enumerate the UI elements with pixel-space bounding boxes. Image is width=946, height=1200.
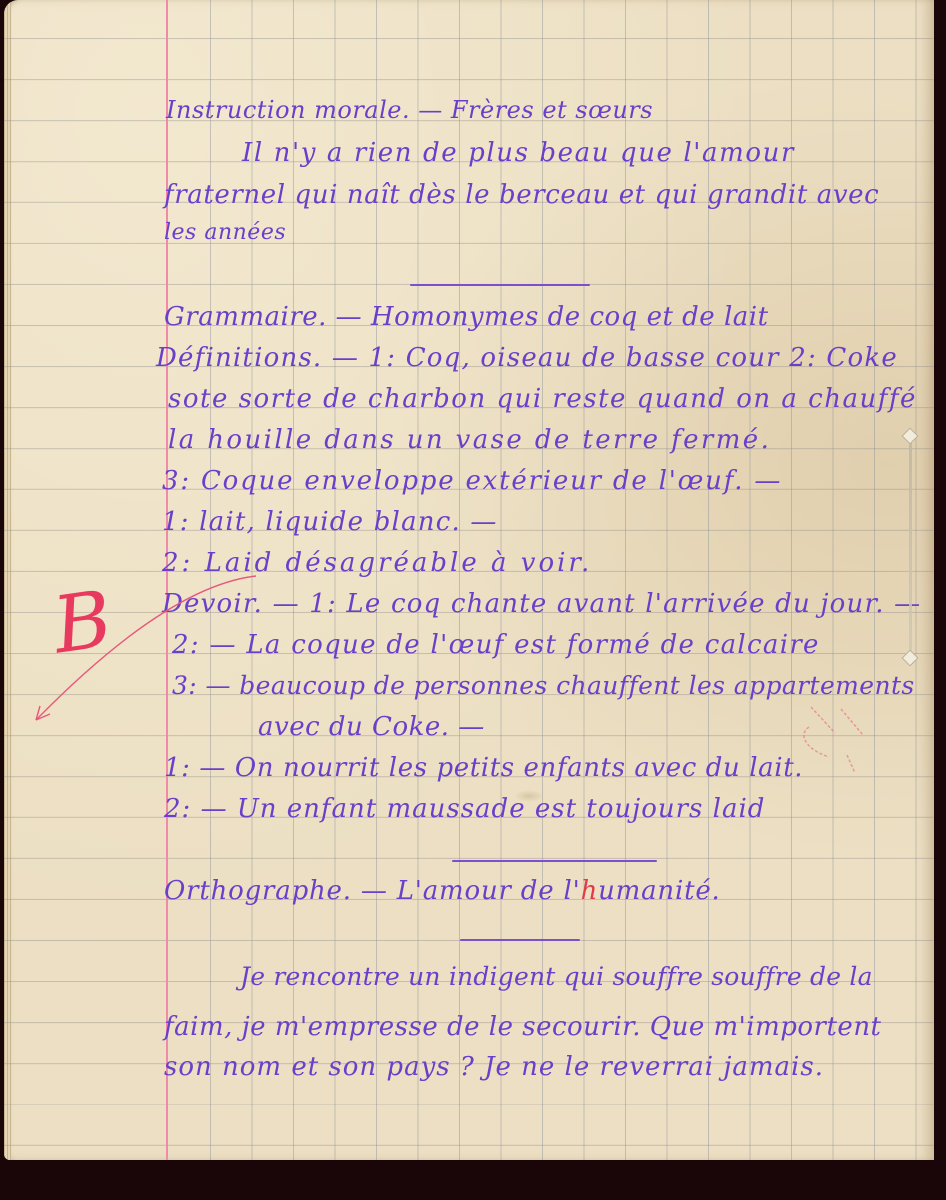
devoir-line-6: 2: — Un enfant maussade est toujours lai… bbox=[164, 794, 765, 824]
devoir-line-2: 2: — La coque de l'œuf est formé de calc… bbox=[172, 630, 820, 660]
binding-thread bbox=[909, 430, 912, 660]
paper-blemish bbox=[514, 790, 544, 802]
orthographe-line-2: faim, je m'empresse de le secourir. Que … bbox=[164, 1012, 882, 1042]
grammaire-def-line-4: 3: Coque enveloppe extérieur de l'œuf. — bbox=[162, 466, 782, 496]
grammaire-def-line-5: 1: lait, liquide blanc. — bbox=[162, 507, 498, 537]
section-divider bbox=[452, 860, 657, 862]
morale-line-3: les années bbox=[164, 220, 286, 245]
grammaire-def-line-2: sote sorte de charbon qui reste quand on… bbox=[168, 384, 917, 414]
red-arrow-icon bbox=[24, 560, 264, 730]
devoir-line-1: Devoir. — 1: Le coq chante avant l'arriv… bbox=[162, 589, 921, 619]
orthographe-title-text-end: umanité. bbox=[598, 876, 720, 906]
morale-title: Instruction morale. — Frères et sœurs bbox=[166, 96, 653, 124]
orthographe-line-3: son nom et son pays ? Je ne le reverrai … bbox=[164, 1052, 824, 1082]
grammaire-def-line-3: la houille dans un vase de terre fermé. bbox=[168, 425, 771, 455]
devoir-line-5: 1: — On nourrit les petits enfants avec … bbox=[164, 753, 803, 783]
orthographe-line-1: Je rencontre un indigent qui souffre sou… bbox=[240, 962, 873, 991]
orthographe-title-text: Orthographe. — L'amour de l' bbox=[164, 876, 581, 906]
teacher-correction-mark: h bbox=[581, 876, 599, 906]
notebook-page: Instruction morale. — Frères et sœurs Il… bbox=[4, 0, 934, 1160]
morale-line-2: fraternel qui naît dès le berceau et qui… bbox=[164, 180, 879, 210]
grammaire-title: Grammaire. — Homonymes de coq et de lait bbox=[164, 302, 769, 332]
morale-line-1: Il n'y a rien de plus beau que l'amour bbox=[242, 138, 795, 168]
devoir-line-4: avec du Coke. — bbox=[258, 712, 485, 742]
red-bleedthrough-mark bbox=[789, 695, 869, 785]
grammaire-def-line-1: Définitions. — 1: Coq, oiseau de basse c… bbox=[156, 343, 898, 373]
section-divider bbox=[460, 939, 580, 941]
section-divider bbox=[410, 284, 590, 286]
orthographe-title: Orthographe. — L'amour de l'humanité. bbox=[164, 876, 721, 906]
